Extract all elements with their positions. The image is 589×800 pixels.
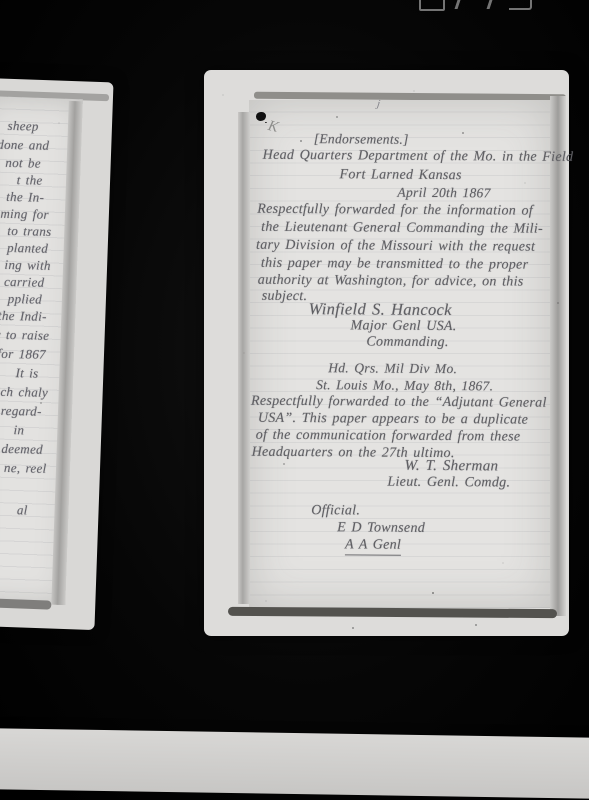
handwritten-line: Respectfully forwarded to the “Adjutant … [251,394,547,412]
handwritten-line: USA”. This paper appears to be a duplica… [258,411,528,429]
handwritten-line: Hd. Qrs. Mil Div Mo. [328,360,457,377]
handwritten-line: Commanding. [366,335,448,352]
handwritten-line: the Lieutenant General Commanding the Mi… [261,220,543,238]
handwritten-line: April 20th 1867 [397,185,490,202]
handwritten-line: Lieut. Genl. Comdg. [387,475,510,492]
handwritten-line: St. Louis Mo., May 8th, 1867. [316,377,493,394]
handwritten-line: tary Division of the Missouri with the r… [256,238,535,256]
handwritten-line: E D Townsend [337,520,425,537]
handwritten-line: [Endorsements.] [314,131,409,148]
handwritten-line: of the communication forwarded from thes… [256,428,521,446]
handwritten-line: authority at Washington, for advice, on … [258,273,524,291]
handwritten-line: subject. [262,289,308,305]
main-page-handwriting: [Endorsements.]Head Quarters Department … [0,0,589,800]
handwritten-line: Winfield S. Hancock [309,299,452,320]
bottom-page-edge [0,728,589,798]
handwritten-line: this paper may be transmitted to the pro… [261,256,528,274]
handwritten-line: Official. [311,503,360,519]
scanned-document-photo: sheepdone andnot bet thethe In-ming fort… [0,0,589,800]
handwritten-line: Fort Larned Kansas [340,167,462,184]
handwritten-line: Head Quarters Department of the Mo. in t… [263,148,574,166]
handwritten-line: A A Genl [345,537,401,555]
handwritten-line: Major Genl USA. [350,318,456,335]
handwritten-line: Respectfully forwarded for the informati… [257,202,533,220]
dust-specks [0,0,2,2]
handwritten-line: W. T. Sherman [404,458,498,476]
